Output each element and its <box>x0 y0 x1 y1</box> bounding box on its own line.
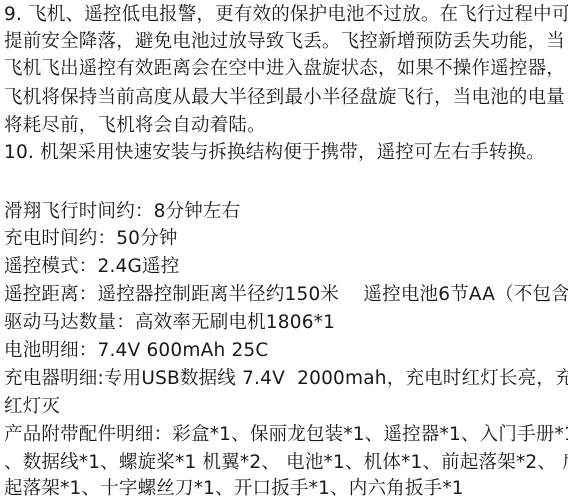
feature-line: 飞机飞出遥控有效距离会在空中进入盘旋状态，如果不操作遥控器， <box>4 57 565 81</box>
spec-glide-time: 滑翔飞行时间约：8分钟左右 <box>4 200 240 224</box>
spec-charger-cont: 红灯灭 <box>4 395 60 419</box>
spec-battery: 电池明细：7.4V 600mAh 25C <box>4 339 269 363</box>
feature-line: 9. 飞机、遥控低电报警，更有效的保护电池不过放。在飞行过程中可 <box>4 3 568 27</box>
spec-accessories: 产品附带配件明细：彩盒*1、保丽龙包装*1、遥控器*1、入门手册*1 <box>4 423 568 447</box>
feature-line: 飞机将保持当前高度从最大半径到最小半径盘旋飞行，当电池的电量 <box>4 86 565 110</box>
product-description: 9. 飞机、遥控低电报警，更有效的保护电池不过放。在飞行过程中可 提前安全降落，… <box>0 0 568 500</box>
spec-remote-range: 遥控距离：遥控器控制距离半径约150米 遥控电池6节AA（不包含） <box>4 283 568 307</box>
spec-remote-mode: 遥控模式：2.4G遥控 <box>4 255 179 279</box>
spec-charge-time: 充电时间约：50分钟 <box>4 227 178 251</box>
feature-line: 提前安全降落，避免电池过放导致飞丢。飞控新增预防丢失功能，当 <box>4 30 565 54</box>
feature-line: 将耗尽前，飞机将会自动着陆。 <box>4 114 266 138</box>
spec-accessories-cont: 、数据线*1、螺旋桨*1 机翼*2、 电池*1、机体*1、前起落架*2、 后 <box>4 451 568 475</box>
feature-line: 10. 机架采用快速安装与拆换结构便于携带，遥控可左右手转换。 <box>4 141 545 165</box>
spec-accessories-cont: 起落架*1、十字螺丝刀*1、开口扳手*1、内六角扳手*1 <box>4 477 464 500</box>
spec-motor: 驱动马达数量：高效率无刷电机1806*1 <box>4 311 335 335</box>
spec-charger: 充电器明细:专用USB数据线 7.4V 2000mah，充电时红灯长亮，充满 <box>4 367 568 391</box>
